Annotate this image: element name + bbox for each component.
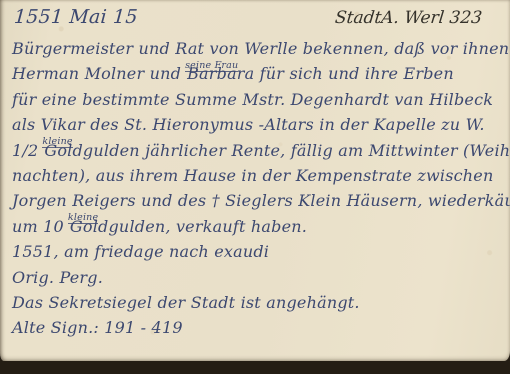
card-header: 1551 Mai 15 StadtA. Werl 323 [14, 6, 496, 28]
index-card: 1551 Mai 15 StadtA. Werl 323 Bürgermeist… [0, 0, 510, 361]
text-line-with-insertion: 1/2kleineGoldgulden jährlicher Rente, fä… [12, 138, 506, 163]
line-post-text: Goldgulden jährlicher Rente, fällig am M… [44, 141, 510, 160]
insertion-anchor: seine Frau [181, 61, 187, 86]
photographed-archive-card-scene: 1551 Mai 15 StadtA. Werl 323 Bürgermeist… [0, 0, 510, 374]
archive-reference: StadtA. Werl 323 [334, 8, 497, 28]
interline-insertion: kleine [68, 213, 98, 224]
line-post-text: Goldgulden, verkauft haben. [70, 217, 307, 236]
text-line-with-insertion: um 10kleineGoldgulden, verkauft haben. [12, 214, 506, 239]
text-line: Jorgen Reigers und des † Sieglers Klein … [12, 188, 506, 213]
insertion-anchor: kleine [64, 214, 70, 239]
card-body: Bürgermeister und Rat von Werlle bekenne… [12, 36, 506, 341]
text-line: Orig. Perg. [12, 265, 506, 290]
text-line: 1551, am friedage nach exaudi [12, 239, 506, 264]
line-pre-text: um 10 [12, 217, 64, 236]
interline-insertion: seine Frau [185, 61, 238, 72]
text-line: Alte Sign.: 191 - 419 [12, 315, 506, 340]
insertion-anchor: kleine [38, 138, 44, 163]
text-line-with-insertion: Herman Molner undseine FrauBarbara für s… [12, 61, 506, 86]
text-line: Bürgermeister und Rat von Werlle bekenne… [12, 36, 506, 61]
date-heading: 1551 Mai 15 [13, 6, 138, 28]
text-line: Das Sekretsiegel der Stadt ist angehängt… [12, 290, 506, 315]
text-line: für eine bestimmte Summe Mstr. Degenhard… [12, 87, 506, 112]
interline-insertion: kleine [42, 137, 72, 148]
line-pre-text: Herman Molner und [12, 64, 181, 83]
line-pre-text: 1/2 [12, 141, 38, 160]
text-line: als Vikar des St. Hieronymus -Altars in … [12, 112, 506, 137]
text-line: nachten), aus ihrem Hause in der Kempens… [12, 163, 506, 188]
